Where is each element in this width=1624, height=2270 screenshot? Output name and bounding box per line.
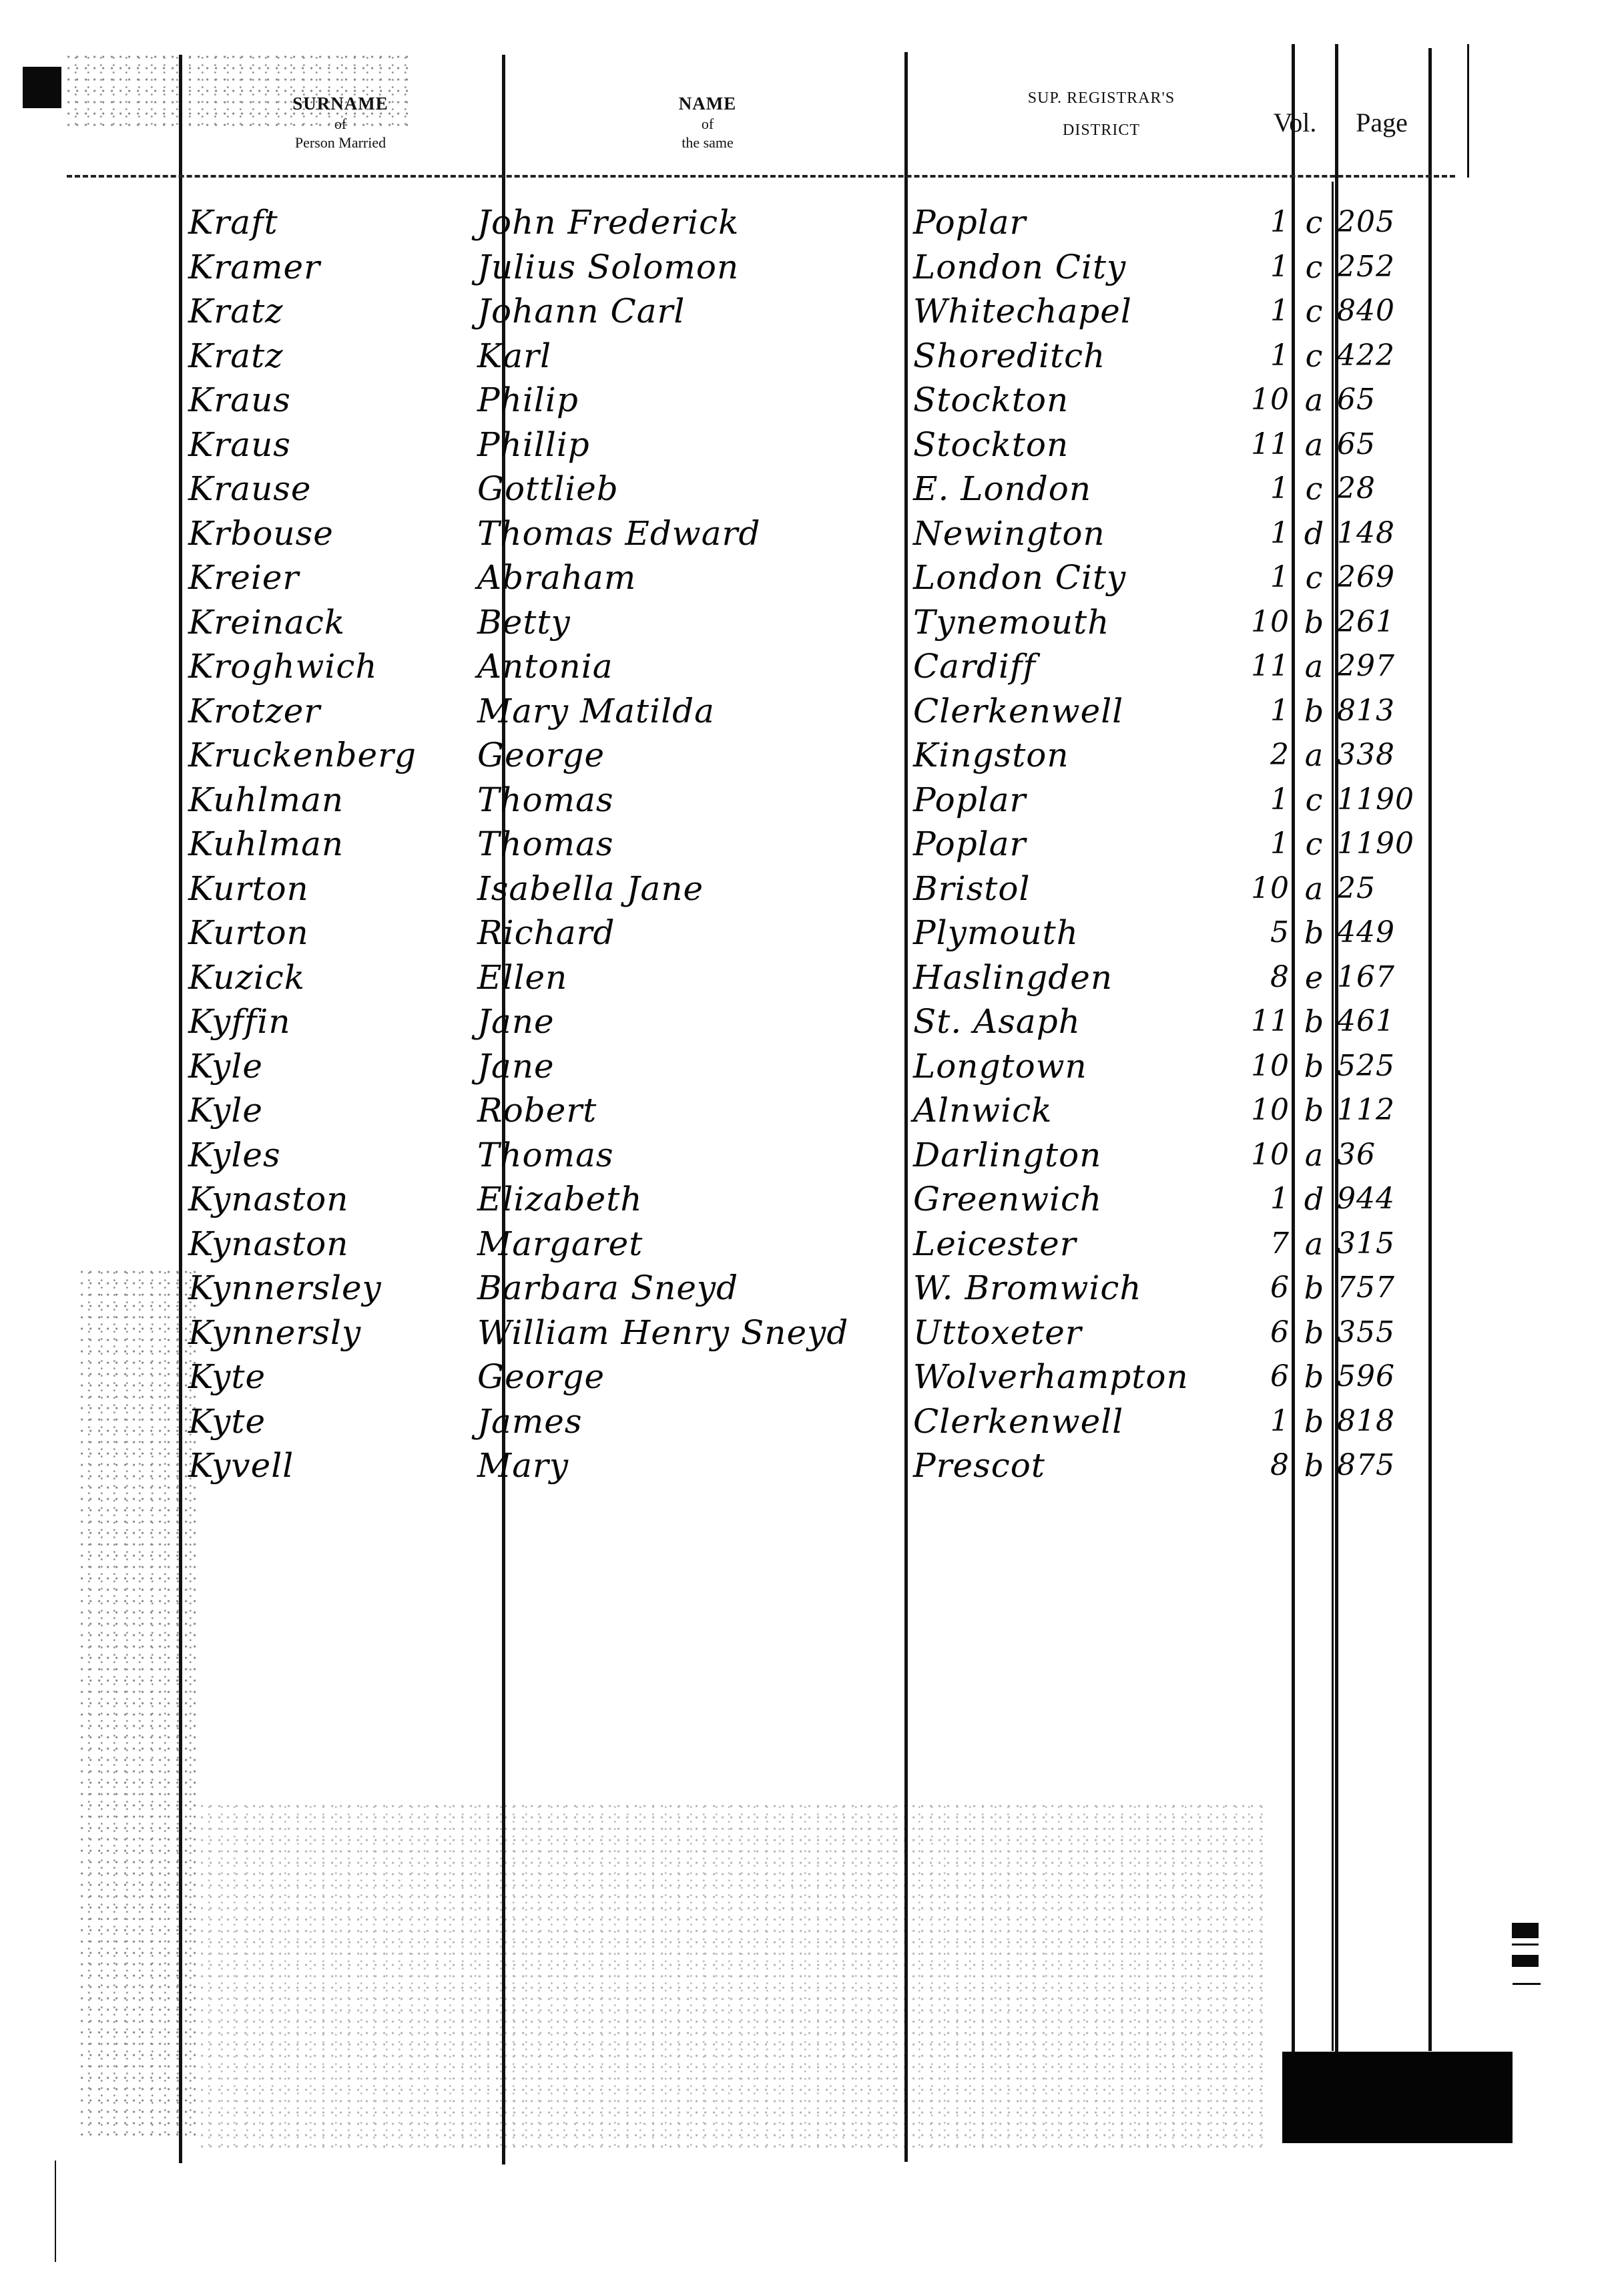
entry-forenames: Barbara Sneyd [477,1266,738,1310]
entry-surname: Kraft [188,200,278,244]
entry-volume-section: a [1298,867,1330,911]
entry-volume-section: e [1298,955,1330,999]
scan-corner-marker [23,67,61,108]
entry-page: 596 [1337,1355,1395,1399]
register-entry: KyvellMaryPrescot8b875 [0,1443,1624,1488]
entry-forenames: Thomas Edward [477,511,760,555]
register-entry: KruckenbergGeorgeKingston2a338 [0,733,1624,777]
entry-forenames: Philip [477,378,579,422]
entry-surname: Kynnersly [188,1311,361,1355]
entry-volume: 6 [1242,1311,1290,1355]
entry-surname: Krbouse [188,511,334,555]
header-surname: SURNAME of Person Married [200,92,481,152]
register-entry: KraftJohn FrederickPoplar1c205 [0,200,1624,244]
entry-volume-section: c [1298,467,1330,511]
entry-volume: 1 [1242,511,1290,555]
entry-volume-section: b [1298,689,1330,733]
entry-page: 818 [1337,1399,1395,1443]
entry-district: Tynemouth [913,600,1109,644]
entry-surname: Kyle [188,1044,263,1088]
entry-surname: Kratz [188,334,284,378]
entry-forenames: Margaret [477,1222,643,1266]
entry-district: Clerkenwell [913,689,1123,733]
register-entry: KyteGeorgeWolverhampton6b596 [0,1355,1624,1399]
entry-volume-section: b [1298,911,1330,955]
entry-volume: 11 [1242,999,1290,1044]
entry-forenames: Gottlieb [477,467,619,511]
entry-forenames: Isabella Jane [477,867,704,911]
entry-page: 297 [1337,644,1395,688]
entry-page: 1190 [1337,822,1414,866]
entry-surname: Krotzer [188,689,320,733]
entry-surname: Kurton [188,911,309,955]
entry-district: Uttoxeter [913,1311,1082,1355]
entry-volume-section: c [1298,289,1330,333]
entry-forenames: James [477,1399,583,1443]
entry-page: 1190 [1337,778,1414,822]
entry-volume: 2 [1242,733,1290,777]
entry-volume: 7 [1242,1222,1290,1266]
entry-district: Poplar [913,822,1026,866]
entry-forenames: George [477,733,605,777]
entry-page: 461 [1337,999,1395,1044]
entry-district: E. London [913,467,1091,511]
header-district: SUP. REGISTRAR'S DISTRICT [914,88,1288,140]
entry-page: 813 [1337,689,1395,733]
entry-district: Prescot [913,1443,1045,1488]
page-edge-line [55,2161,56,2262]
entry-district: Leicester [913,1222,1077,1266]
entry-volume-section: d [1298,1177,1330,1221]
register-entry: KrausPhillipStockton11a65 [0,423,1624,467]
register-entry: KynastonMargaretLeicester7a315 [0,1222,1624,1266]
entry-volume-section: d [1298,511,1330,555]
entry-volume-section: b [1298,1044,1330,1088]
entry-volume-section: b [1298,600,1330,644]
register-page: SURNAME of Person Married NAME of the sa… [0,0,1624,2270]
entry-volume: 8 [1242,955,1290,999]
register-entry: KroghwichAntoniaCardiff11a297 [0,644,1624,688]
entry-forenames: Thomas [477,1133,614,1177]
register-entry: KynnersleyBarbara SneydW. Bromwich6b757 [0,1266,1624,1310]
entry-surname: Kynaston [188,1177,348,1221]
entry-page: 338 [1337,733,1395,777]
entry-page: 944 [1337,1177,1395,1221]
entry-volume: 10 [1242,1133,1290,1177]
entry-forenames: Jane [477,1044,555,1088]
entry-volume: 1 [1242,289,1290,333]
entry-volume-section: c [1298,200,1330,244]
entry-volume-section: c [1298,822,1330,866]
entry-surname: Kraus [188,423,291,467]
entry-page: 25 [1337,867,1376,911]
entry-district: London City [913,245,1126,289]
entry-district: Stockton [913,378,1069,422]
register-entry: KynnerslyWilliam Henry SneydUttoxeter6b3… [0,1311,1624,1355]
entry-page: 449 [1337,911,1395,955]
entry-volume: 1 [1242,1399,1290,1443]
entry-district: Whitechapel [913,289,1132,333]
entry-volume: 1 [1242,1177,1290,1221]
scan-noise-bottom [200,1803,1268,2150]
registration-mark [1512,1923,1539,1938]
register-entry: KreierAbrahamLondon City1c269 [0,555,1624,600]
entry-district: London City [913,555,1126,600]
entry-volume-section: b [1298,1266,1330,1310]
entry-volume-section: c [1298,334,1330,378]
entry-volume: 10 [1242,600,1290,644]
entry-forenames: Abraham [477,555,636,600]
header-rule [67,175,1455,178]
entry-surname: Kuhlman [188,822,344,866]
entry-volume-section: c [1298,245,1330,289]
register-entry: KramerJulius SolomonLondon City1c252 [0,245,1624,289]
entry-surname: Kyffin [188,999,291,1044]
register-entry: KratzJohann CarlWhitechapel1c840 [0,289,1624,333]
entry-district: Kingston [913,733,1069,777]
entry-page: 28 [1337,467,1376,511]
header-vol: Vol. [1258,107,1332,138]
entry-surname: Kratz [188,289,284,333]
scan-black-block [1282,2052,1513,2143]
entry-forenames: John Frederick [477,200,739,244]
entry-volume-section: b [1298,1443,1330,1488]
entry-volume: 6 [1242,1355,1290,1399]
entry-forenames: Julius Solomon [477,245,739,289]
entry-surname: Kraus [188,378,291,422]
entry-surname: Kuzick [188,955,305,999]
entry-page: 355 [1337,1311,1395,1355]
entry-surname: Kurton [188,867,309,911]
registration-mark [1512,1955,1539,1967]
entry-page: 757 [1337,1266,1395,1310]
entry-page: 148 [1337,511,1395,555]
entry-page: 65 [1337,423,1376,467]
register-entry: KrbouseThomas EdwardNewington1d148 [0,511,1624,555]
register-entry: KyleRobertAlnwick10b112 [0,1088,1624,1132]
entry-surname: Kyte [188,1355,266,1399]
entry-volume: 10 [1242,867,1290,911]
entry-volume: 1 [1242,245,1290,289]
entry-surname: Kyles [188,1133,281,1177]
register-entry: KrausPhilipStockton10a65 [0,378,1624,422]
entry-district: Alnwick [913,1088,1052,1132]
entry-volume-section: b [1298,1355,1330,1399]
register-entry: KuzickEllenHaslingden8e167 [0,955,1624,999]
entry-district: Newington [913,511,1105,555]
entry-volume: 1 [1242,778,1290,822]
registration-mark [1512,1944,1539,1946]
entry-volume-section: a [1298,1133,1330,1177]
entry-volume: 1 [1242,467,1290,511]
entry-forenames: Richard [477,911,615,955]
entry-volume: 11 [1242,423,1290,467]
entry-volume: 1 [1242,689,1290,733]
rule-outer-right [1467,44,1469,178]
entry-forenames: George [477,1355,605,1399]
entry-district: Greenwich [913,1177,1102,1221]
entry-page: 840 [1337,289,1395,333]
entry-volume: 10 [1242,1088,1290,1132]
entry-volume-section: a [1298,1222,1330,1266]
entry-page: 315 [1337,1222,1395,1266]
entry-district: St. Asaph [913,999,1081,1044]
entry-volume-section: a [1298,378,1330,422]
entry-page: 205 [1337,200,1395,244]
entry-page: 422 [1337,334,1395,378]
entry-surname: Kramer [188,245,320,289]
register-entry: KynastonElizabethGreenwich1d944 [0,1177,1624,1221]
entry-district: Shoreditch [913,334,1105,378]
entry-district: Darlington [913,1133,1101,1177]
entry-surname: Kyvell [188,1443,294,1488]
register-entry: KyteJamesClerkenwell1b818 [0,1399,1624,1443]
entry-surname: Kyte [188,1399,266,1443]
entry-volume: 11 [1242,644,1290,688]
register-entry: KuhlmanThomasPoplar1c1190 [0,778,1624,822]
entry-district: Longtown [913,1044,1087,1088]
entry-surname: Kyle [188,1088,263,1132]
entry-surname: Kreinack [188,600,345,644]
entry-district: Wolverhampton [913,1355,1189,1399]
entry-forenames: Thomas [477,778,614,822]
entry-page: 252 [1337,245,1395,289]
entry-volume-section: a [1298,644,1330,688]
entry-surname: Kuhlman [188,778,344,822]
entry-forenames: Johann Carl [477,289,685,333]
entry-volume: 6 [1242,1266,1290,1310]
entry-forenames: Phillip [477,423,590,467]
entry-forenames: Robert [477,1088,597,1132]
entry-surname: Krause [188,467,312,511]
entry-forenames: Karl [477,334,551,378]
entry-district: Clerkenwell [913,1399,1123,1443]
entry-volume: 1 [1242,334,1290,378]
entry-forenames: Antonia [477,644,613,688]
entry-district: Poplar [913,200,1026,244]
entry-forenames: Mary Matilda [477,689,715,733]
entry-volume: 1 [1242,555,1290,600]
register-entry: KurtonRichardPlymouth5b449 [0,911,1624,955]
entry-district: Stockton [913,423,1069,467]
entry-page: 65 [1337,378,1376,422]
entry-volume-section: b [1298,1399,1330,1443]
entry-volume-section: a [1298,733,1330,777]
entry-forenames: Ellen [477,955,567,999]
register-entry: KyffinJaneSt. Asaph11b461 [0,999,1624,1044]
entry-district: Haslingden [913,955,1113,999]
entry-district: Poplar [913,778,1026,822]
entry-forenames: Jane [477,999,555,1044]
entry-district: Cardiff [913,644,1036,688]
register-entry: KrotzerMary MatildaClerkenwell1b813 [0,689,1624,733]
entry-volume: 1 [1242,822,1290,866]
entry-forenames: William Henry Sneyd [477,1311,848,1355]
entry-district: Plymouth [913,911,1079,955]
entry-volume-section: c [1298,555,1330,600]
entry-forenames: Elizabeth [477,1177,643,1221]
entry-district: Bristol [913,867,1030,911]
register-entry: KreinackBettyTynemouth10b261 [0,600,1624,644]
header-name: NAME of the same [534,92,881,152]
entry-page: 167 [1337,955,1395,999]
register-entry: KyleJaneLongtown10b525 [0,1044,1624,1088]
entry-page: 112 [1337,1088,1395,1132]
entry-volume: 10 [1242,378,1290,422]
entry-volume: 5 [1242,911,1290,955]
entry-surname: Kynnersley [188,1266,382,1310]
register-entry: KurtonIsabella JaneBristol10a25 [0,867,1624,911]
entry-page: 261 [1337,600,1395,644]
entry-volume-section: c [1298,778,1330,822]
register-entry: KrauseGottliebE. London1c28 [0,467,1624,511]
entry-volume-section: b [1298,1088,1330,1132]
entry-surname: Kroghwich [188,644,378,688]
register-entry: KratzKarlShoreditch1c422 [0,334,1624,378]
entry-district: W. Bromwich [913,1266,1142,1310]
register-entry: KuhlmanThomasPoplar1c1190 [0,822,1624,866]
registration-mark [1513,1983,1541,1985]
register-entry: KylesThomasDarlington10a36 [0,1133,1624,1177]
entry-volume-section: b [1298,999,1330,1044]
entry-surname: Kreier [188,555,299,600]
entry-forenames: Thomas [477,822,614,866]
entry-forenames: Mary [477,1443,569,1488]
entry-page: 875 [1337,1443,1395,1488]
entry-page: 269 [1337,555,1395,600]
header-page: Page [1338,107,1425,138]
entry-volume-section: a [1298,423,1330,467]
entry-forenames: Betty [477,600,571,644]
entry-volume-section: b [1298,1311,1330,1355]
entry-volume: 1 [1242,200,1290,244]
entry-surname: Kruckenberg [188,733,417,777]
entry-surname: Kynaston [188,1222,348,1266]
entry-page: 36 [1337,1133,1376,1177]
entry-volume: 8 [1242,1443,1290,1488]
entry-page: 525 [1337,1044,1395,1088]
entry-volume: 10 [1242,1044,1290,1088]
